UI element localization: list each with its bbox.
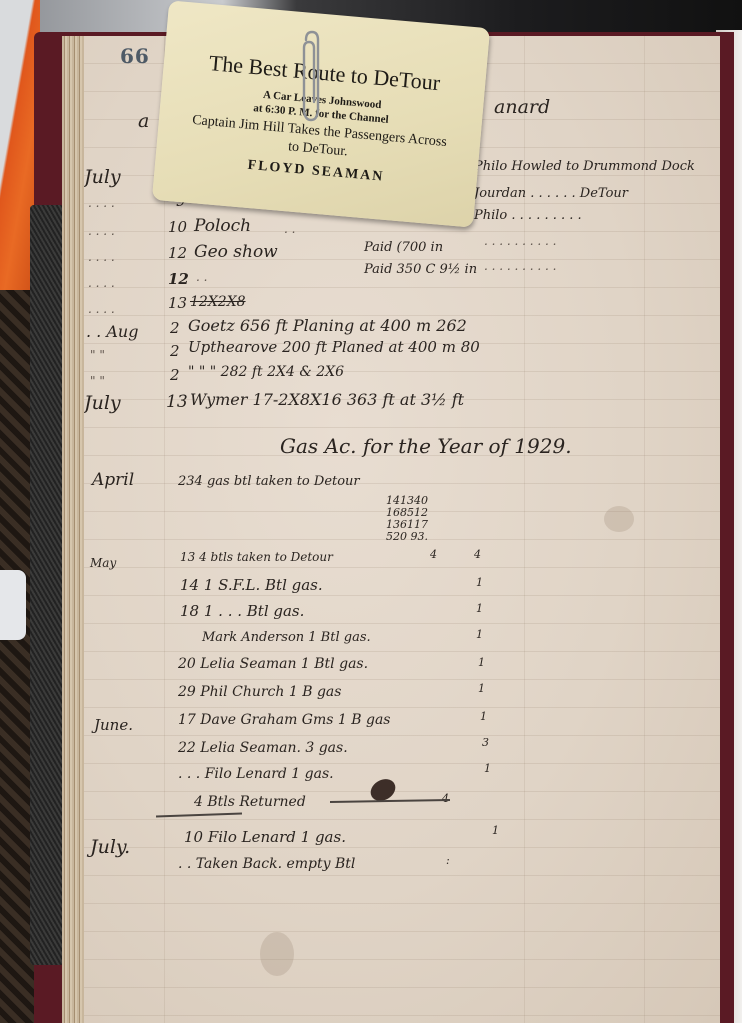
entry-day: 13 xyxy=(168,294,187,312)
gas-qty: 1 xyxy=(476,602,483,615)
background-left-paper xyxy=(0,570,26,640)
gas-qty: : xyxy=(446,854,450,867)
entry-day: 10 xyxy=(168,218,187,236)
entry-month: . . . . xyxy=(88,196,115,210)
entry-month: . . . . xyxy=(88,250,115,264)
right-note: Jourdan . . . . . . DeTour xyxy=(474,186,628,201)
gas-entry: 14 1 S.F.L. Btl gas. xyxy=(180,576,323,594)
entry-month: . . Aug xyxy=(86,322,138,341)
entry-note: . . xyxy=(284,222,295,236)
entry-note: Paid (700 in xyxy=(364,240,443,255)
entry-desc: Goetz 656 ft Planing at 400 m 262 xyxy=(188,316,467,335)
entry-day: 12 xyxy=(168,244,187,262)
entry-month: . . . . xyxy=(88,276,115,290)
entry-desc: . . xyxy=(196,270,207,284)
gas-qty: 1 xyxy=(484,762,491,775)
right-note: Philo Howled to Drummond Dock xyxy=(474,159,695,174)
entry-desc: Upthearove 200 ft Planed at 400 m 80 xyxy=(188,338,480,356)
right-note: . . . . . . . . . . xyxy=(484,259,556,273)
entry-day: 2 xyxy=(170,342,180,360)
gas-qty: 4 xyxy=(474,548,481,561)
gas-month: May xyxy=(90,556,116,570)
gas-entry: 234 gas btl taken to Detour xyxy=(178,474,360,489)
entry-month: " " xyxy=(90,348,105,362)
gas-qty: 1 xyxy=(492,824,499,837)
ruled-column xyxy=(644,36,645,1023)
gas-month: June. xyxy=(94,716,133,734)
paper-stain xyxy=(604,506,634,532)
entry-month: . . . . xyxy=(88,302,115,316)
gas-entry: 13 4 btls taken to Detour xyxy=(180,550,333,564)
entry-day: 13 xyxy=(166,392,188,412)
gas-entry: 17 Dave Graham Gms 1 B gas xyxy=(178,712,390,728)
entry-desc-struck: 12X2X8 xyxy=(190,294,246,310)
gas-entry: . . Taken Back. empty Btl xyxy=(178,856,355,872)
gas-qty: 1 xyxy=(476,576,483,589)
entry-day: 2 xyxy=(170,366,180,384)
gas-entry: 20 Lelia Seaman 1 Btl gas. xyxy=(178,656,368,672)
heading-fragment-right: anard xyxy=(494,96,550,118)
right-note: . . . . . . . . . . xyxy=(484,234,556,248)
heading-fragment-left: a xyxy=(138,110,149,132)
entry-month: July xyxy=(84,166,121,188)
ruled-column xyxy=(524,36,525,1023)
gas-entry: 29 Phil Church 1 B gas xyxy=(178,684,341,700)
gas-entry: . . . Filo Lenard 1 gas. xyxy=(178,766,334,782)
book-spine-cloth xyxy=(30,205,64,965)
entry-day: 2 xyxy=(170,319,180,337)
paper-stain xyxy=(260,932,294,976)
gas-entry: Mark Anderson 1 Btl gas. xyxy=(202,630,371,645)
gas-qty: 1 xyxy=(478,682,485,695)
entry-month: . . . . xyxy=(88,224,115,238)
gas-month: July. xyxy=(90,836,130,858)
paperclip-icon xyxy=(300,30,322,125)
gas-qty: 4 xyxy=(430,548,437,561)
figure: 520 93. xyxy=(386,530,428,543)
gas-entry: 22 Lelia Seaman. 3 gas. xyxy=(178,740,348,756)
entry-desc: Geo show xyxy=(194,242,278,262)
right-note: Philo . . . . . . . . . xyxy=(474,208,582,223)
gas-month: April xyxy=(92,470,134,490)
entry-desc: " " " 282 ft 2X4 & 2X6 xyxy=(188,364,344,380)
entry-desc: Wymer 17-2X8X16 363 ft at 3½ ft xyxy=(190,390,464,409)
page-edges xyxy=(62,36,86,1023)
entry-month: July xyxy=(84,392,121,414)
gas-qty: 1 xyxy=(476,628,483,641)
entry-month: " " xyxy=(90,374,105,388)
gas-returned: 4 Btls Returned xyxy=(194,794,306,810)
gas-qty: 1 xyxy=(478,656,485,669)
entry-day: 12 xyxy=(168,270,189,288)
entry-desc: Poloch xyxy=(194,216,251,236)
gas-qty: 3 xyxy=(482,736,489,749)
page-number: 66 xyxy=(120,44,150,68)
gas-entry: 18 1 . . . Btl gas. xyxy=(180,602,304,620)
entry-note: Paid 350 C 9½ in xyxy=(364,262,477,277)
gas-qty: 1 xyxy=(480,710,487,723)
gas-entry: 10 Filo Lenard 1 gas. xyxy=(184,828,346,846)
section-title: Gas Ac. for the Year of 1929. xyxy=(280,434,572,458)
